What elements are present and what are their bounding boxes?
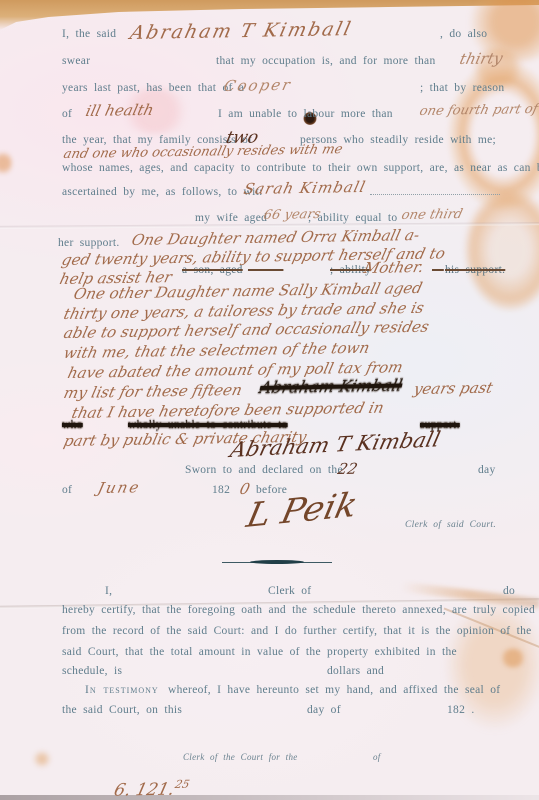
handwritten-list-line-post: years past — [412, 379, 495, 398]
oath-line9-pre: her support. — [58, 237, 120, 249]
oath-line1-pre: I, the said — [62, 28, 116, 40]
cert-line6-smallcaps: In testimony — [85, 684, 159, 696]
oath-line8-pre: my wife aged — [195, 212, 267, 224]
cert-line1-do: do — [503, 585, 515, 597]
handwritten-day-number: 22 — [336, 460, 359, 478]
oath-line8-mid: ; ability equal to — [308, 212, 397, 224]
handwritten-bottom-note: 6. 121.25 — [112, 778, 191, 800]
cert-line7-pre: the said Court, on this — [62, 704, 182, 716]
handwritten-year-digit: 0 — [238, 480, 252, 498]
bottom-note-sup: 25 — [174, 778, 191, 791]
handwritten-month: June — [96, 478, 143, 497]
bottom-note-main: 6. 121. — [112, 780, 176, 800]
cert-line5-post: dollars and — [327, 665, 384, 677]
cert-line1-mid: Clerk of — [268, 585, 311, 597]
handwritten-list-line-pre: my list for these fifteen — [62, 381, 244, 402]
cert-line3: from the record of the said Court: and I… — [62, 625, 532, 637]
oath-line6: whose names, ages, and capacity to contr… — [62, 162, 539, 174]
handwritten-wife-name: Sarah Kimball — [242, 178, 368, 198]
struck-printed-who: who — [62, 419, 83, 431]
handwritten-mother: Mother. — [362, 258, 426, 277]
scanned-document-page: I, the said Abraham T Kimball , do also … — [0, 0, 539, 800]
cert-line4: said Court, that the total amount in val… — [62, 646, 457, 658]
footer-clerk-line-pre: Clerk of the Court for the — [183, 752, 298, 762]
stain-left-edge-dot — [0, 150, 12, 176]
oath-line3-pre: years last past, has been that of a — [62, 82, 244, 94]
struck-printed-son: a son, aged — [182, 264, 243, 276]
stain-right-mid — [465, 190, 539, 310]
bottom-scan-edge — [0, 795, 539, 800]
sworn-of: of — [62, 484, 72, 496]
footer-clerk-line-post: of — [373, 752, 381, 762]
struck-printed-his-support: his support. — [445, 264, 505, 276]
cert-line1-i: I, — [105, 585, 112, 597]
handwritten-selectmen-line: with me, that the selectmen of the town — [62, 339, 371, 362]
handwritten-fraction: one fourth part of — [418, 102, 539, 119]
section-divider — [222, 560, 332, 564]
handwritten-declarant-name: Abraham T Kimball — [128, 18, 355, 44]
handwritten-reason: ill health — [84, 101, 156, 120]
handwritten-ability-fraction: one third — [400, 207, 464, 223]
sworn-line-post: day — [478, 464, 496, 476]
oath-line2-mid: that my occupation is, and for more than — [216, 55, 436, 67]
dotted-rule — [370, 184, 500, 195]
oath-line4-mid: I am unable to labour more than — [218, 108, 393, 120]
stain-bottom-left-dot — [34, 752, 50, 766]
clerk-of-court-label: Clerk of said Court. — [405, 520, 496, 530]
cert-line6-rest: whereof, I have hereunto set my hand, an… — [168, 684, 500, 696]
struck-handwritten-name: Abraham Kimball — [258, 376, 404, 397]
sworn-year-printed: 182 — [212, 484, 230, 496]
sworn-line-pre: Sworn to and declared on the — [185, 464, 343, 476]
cert-line7-mid: day of — [307, 704, 341, 716]
handwritten-years-count: thirty — [458, 49, 505, 68]
oath-line7-pre: ascertained by me, as follows, to wit: — [62, 186, 263, 198]
cert-line2: hereby certify, that the foregoing oath … — [62, 604, 535, 616]
struck-printed-dash: ——— — [248, 264, 283, 276]
oath-line1-post: , do also — [440, 28, 487, 40]
cert-line5-pre: schedule, is — [62, 665, 122, 677]
struck-printed-eq: — — [432, 264, 444, 276]
stain-bottom-right-spot — [500, 648, 526, 668]
cert-line7-end: 182 . — [447, 704, 475, 716]
handwritten-occupation: Cooper — [222, 76, 294, 95]
oath-line3-post: ; that by reason — [420, 82, 504, 94]
oath-line4-pre: of — [62, 108, 72, 120]
oath-line2-word: swear — [62, 55, 90, 67]
